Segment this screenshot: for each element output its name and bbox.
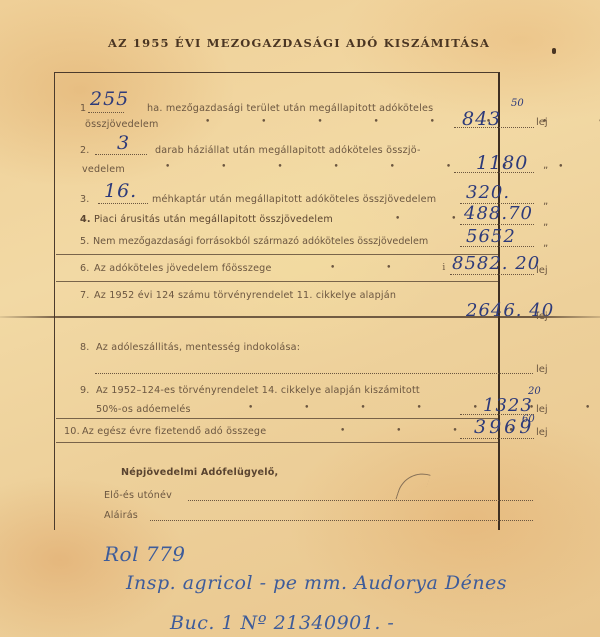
inspector-heading: Népjövedelmi Adófelügyelő,: [121, 467, 278, 478]
row-7-unit: lej: [536, 311, 548, 322]
row-6-label: Az adóköteles jövedelem főösszege: [94, 263, 272, 274]
separator-after-row-9: [56, 418, 498, 419]
row-10-amount-fraction: 60: [522, 414, 535, 425]
row-9-label-cont: 50%-os adóemelés: [96, 404, 191, 415]
row-3-prefix-field: [98, 203, 148, 204]
row-4-number: 4.: [80, 214, 91, 225]
name-field: [188, 500, 533, 501]
row-4-label: Piaci árusitás után megállapitott összjö…: [94, 214, 333, 225]
row-2-label-cont: vedelem: [82, 164, 125, 175]
row-4-unit: „: [543, 217, 548, 228]
row-9-number: 9.: [80, 385, 90, 396]
row-10-amount-field: [460, 438, 534, 439]
row-1-unit: lej: [536, 117, 548, 128]
row-9-label: Az 1952–124-es törvényrendelet 14. cikke…: [96, 385, 420, 396]
row-1-label-cont: összjövedelem: [85, 119, 159, 130]
row-9-amount: 1323: [483, 395, 533, 416]
row-1-label: ha. mezőgazdasági terület után megállapi…: [147, 103, 433, 114]
signature-label: Aláirás: [104, 510, 138, 521]
row-5-amount: 5652: [466, 226, 516, 247]
note-line-1: Rol 779: [104, 542, 186, 566]
separator-after-row-6: [56, 281, 498, 282]
row-5-number: 5.: [80, 236, 90, 247]
row-1-prefix-field: [88, 112, 124, 113]
row-1-number: 1: [80, 103, 86, 114]
row-10-label: Az egész évre fizetendő adó összege: [82, 426, 266, 437]
separator-after-row-10: [56, 442, 498, 443]
row-8-reason-field: [95, 373, 533, 374]
row-3-beehives: 16.: [104, 180, 137, 202]
note-line-3: Buc. 1 Nº 21340901. -: [170, 612, 394, 634]
name-label: Elő-és utónév: [104, 490, 172, 501]
row-5-unit: „: [543, 238, 548, 249]
row-8-number: 8.: [80, 342, 90, 353]
row-4-amount: 488.70: [464, 203, 533, 224]
row-9-unit: lej: [536, 404, 548, 415]
row-6-number: 6.: [80, 263, 90, 274]
document-title: AZ 1955 ÉVI MEZOGAZDASÁGI ADÓ KISZÁMITÁS…: [108, 36, 490, 50]
row-6-amount: 8582. 20: [452, 253, 540, 274]
row-9-amount-fraction: 20: [528, 386, 541, 397]
row-10-number: 10.: [64, 426, 80, 437]
row-3-unit: „: [543, 196, 548, 207]
row-4-amount-field: [460, 224, 534, 225]
row-10-unit: lej: [536, 427, 548, 438]
row-5-label: Nem mezőgazdasági forrásokból származó a…: [93, 236, 428, 247]
separator-after-row-5: [56, 254, 498, 255]
row-6-unit: lej: [536, 265, 548, 276]
row-2-animals: 3: [117, 132, 130, 154]
row-8-unit: lej: [536, 364, 548, 375]
row-1-amount: 843: [462, 108, 501, 130]
ink-mark: [552, 48, 556, 54]
row-2-unit: „: [543, 160, 548, 171]
signature-field: [150, 520, 533, 521]
row-1-hectares: 255: [90, 88, 129, 110]
row-3-label: méhkaptár után megállapitott adóköteles …: [152, 194, 436, 205]
row-8-label: Az adóleszállitás, mentesség indokolása:: [96, 342, 300, 353]
note-line-2: Insp. agricol - pe mm. Audorya Dénes: [126, 572, 507, 594]
row-6-amount-field: [450, 274, 534, 275]
row-1-amount-fraction: 50: [511, 98, 524, 109]
row-2-number: 2.: [80, 145, 90, 156]
row-7-number: 7.: [80, 290, 90, 301]
row-2-amount: 1180: [476, 152, 528, 174]
row-7-label: Az 1952 évi 124 számu törvényrendelet 11…: [94, 290, 396, 301]
row-3-amount: 320.: [466, 182, 510, 203]
row-2-prefix-field: [95, 154, 147, 155]
row-3-number: 3.: [80, 194, 90, 205]
row-2-label: darab háziállat után megállapitott adókö…: [155, 145, 421, 156]
